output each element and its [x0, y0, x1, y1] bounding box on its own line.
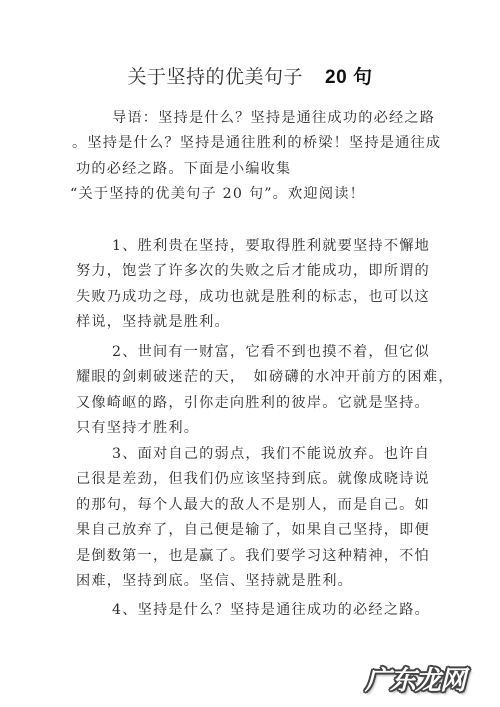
item-line: 果自己放弃了，自己便是输了，如果自己坚持，即便: [76, 518, 426, 543]
item-1-paragraph: 1、胜利贵在坚持，要取得胜利就要坚持不懈地 努力，饱尝了许多次的失败之后才能成功…: [76, 234, 426, 336]
item-line: 2、世间有一财富，它看不到也摸不着，但它似: [76, 340, 426, 365]
title-text: 关于坚持的优美句子: [128, 66, 304, 88]
page-title: 关于坚持的优美句子20 句: [0, 62, 500, 89]
intro-line: 功的必经之路。下面是小编收集: [76, 157, 426, 182]
item-line: 样说，坚持就是胜利。: [76, 310, 426, 335]
item-line: 1、胜利贵在坚持，要取得胜利就要坚持不懈地: [76, 234, 426, 259]
item-line: 耀眼的剑刺破迷茫的天， 如磅礴的水冲开前方的困难，: [76, 365, 426, 390]
item-4-paragraph: 4、坚持是什么？坚持是通往成功的必经之路。: [76, 598, 426, 623]
item-line: 只有坚持才胜利。: [76, 416, 426, 441]
item-2-paragraph: 2、世间有一财富，它看不到也摸不着，但它似 耀眼的剑刺破迷茫的天， 如磅礴的水冲…: [76, 340, 426, 442]
intro-line: 导语：坚持是什么？坚持是通往成功的必经之路: [76, 106, 426, 131]
item-line: 的那句，每个人最大的敌人不是别人，而是自己。如: [76, 493, 426, 518]
watermark-logo: 广东龙网: [365, 660, 465, 697]
item-line: 失败乃成功之母，成功也就是胜利的标志，也可以这: [76, 285, 426, 310]
intro-paragraph: 导语：坚持是什么？坚持是通往成功的必经之路 。坚持是什么？坚持是通往胜利的桥梁！…: [76, 106, 426, 208]
intro-line: “关于坚持的优美句子 20 句”。欢迎阅读！: [70, 182, 426, 207]
item-3-paragraph: 3、面对自己的弱点，我们不能说放弃。也许自 己很是差劲，但我们仍应该坚持到底。就…: [76, 442, 426, 594]
intro-line: 。坚持是什么？坚持是通往胜利的桥梁！坚持是通往成: [72, 131, 426, 156]
item-line: 3、面对自己的弱点，我们不能说放弃。也许自: [76, 442, 426, 467]
item-line: 己很是差劲，但我们仍应该坚持到底。就像成晓诗说: [76, 467, 426, 492]
title-number: 20 句: [325, 67, 372, 88]
item-line: 又像崎岖的路，引你走向胜利的彼岸。它就是坚持。: [76, 391, 426, 416]
item-line: 困难，坚持到底。坚信、坚持就是胜利。: [76, 569, 426, 594]
item-line: 4、坚持是什么？坚持是通往成功的必经之路。: [76, 598, 426, 623]
item-line: 是倒数第一，也是赢了。我们要学习这种精神，不怕: [76, 544, 426, 569]
item-line: 努力，饱尝了许多次的失败之后才能成功，即所谓的: [76, 259, 426, 284]
